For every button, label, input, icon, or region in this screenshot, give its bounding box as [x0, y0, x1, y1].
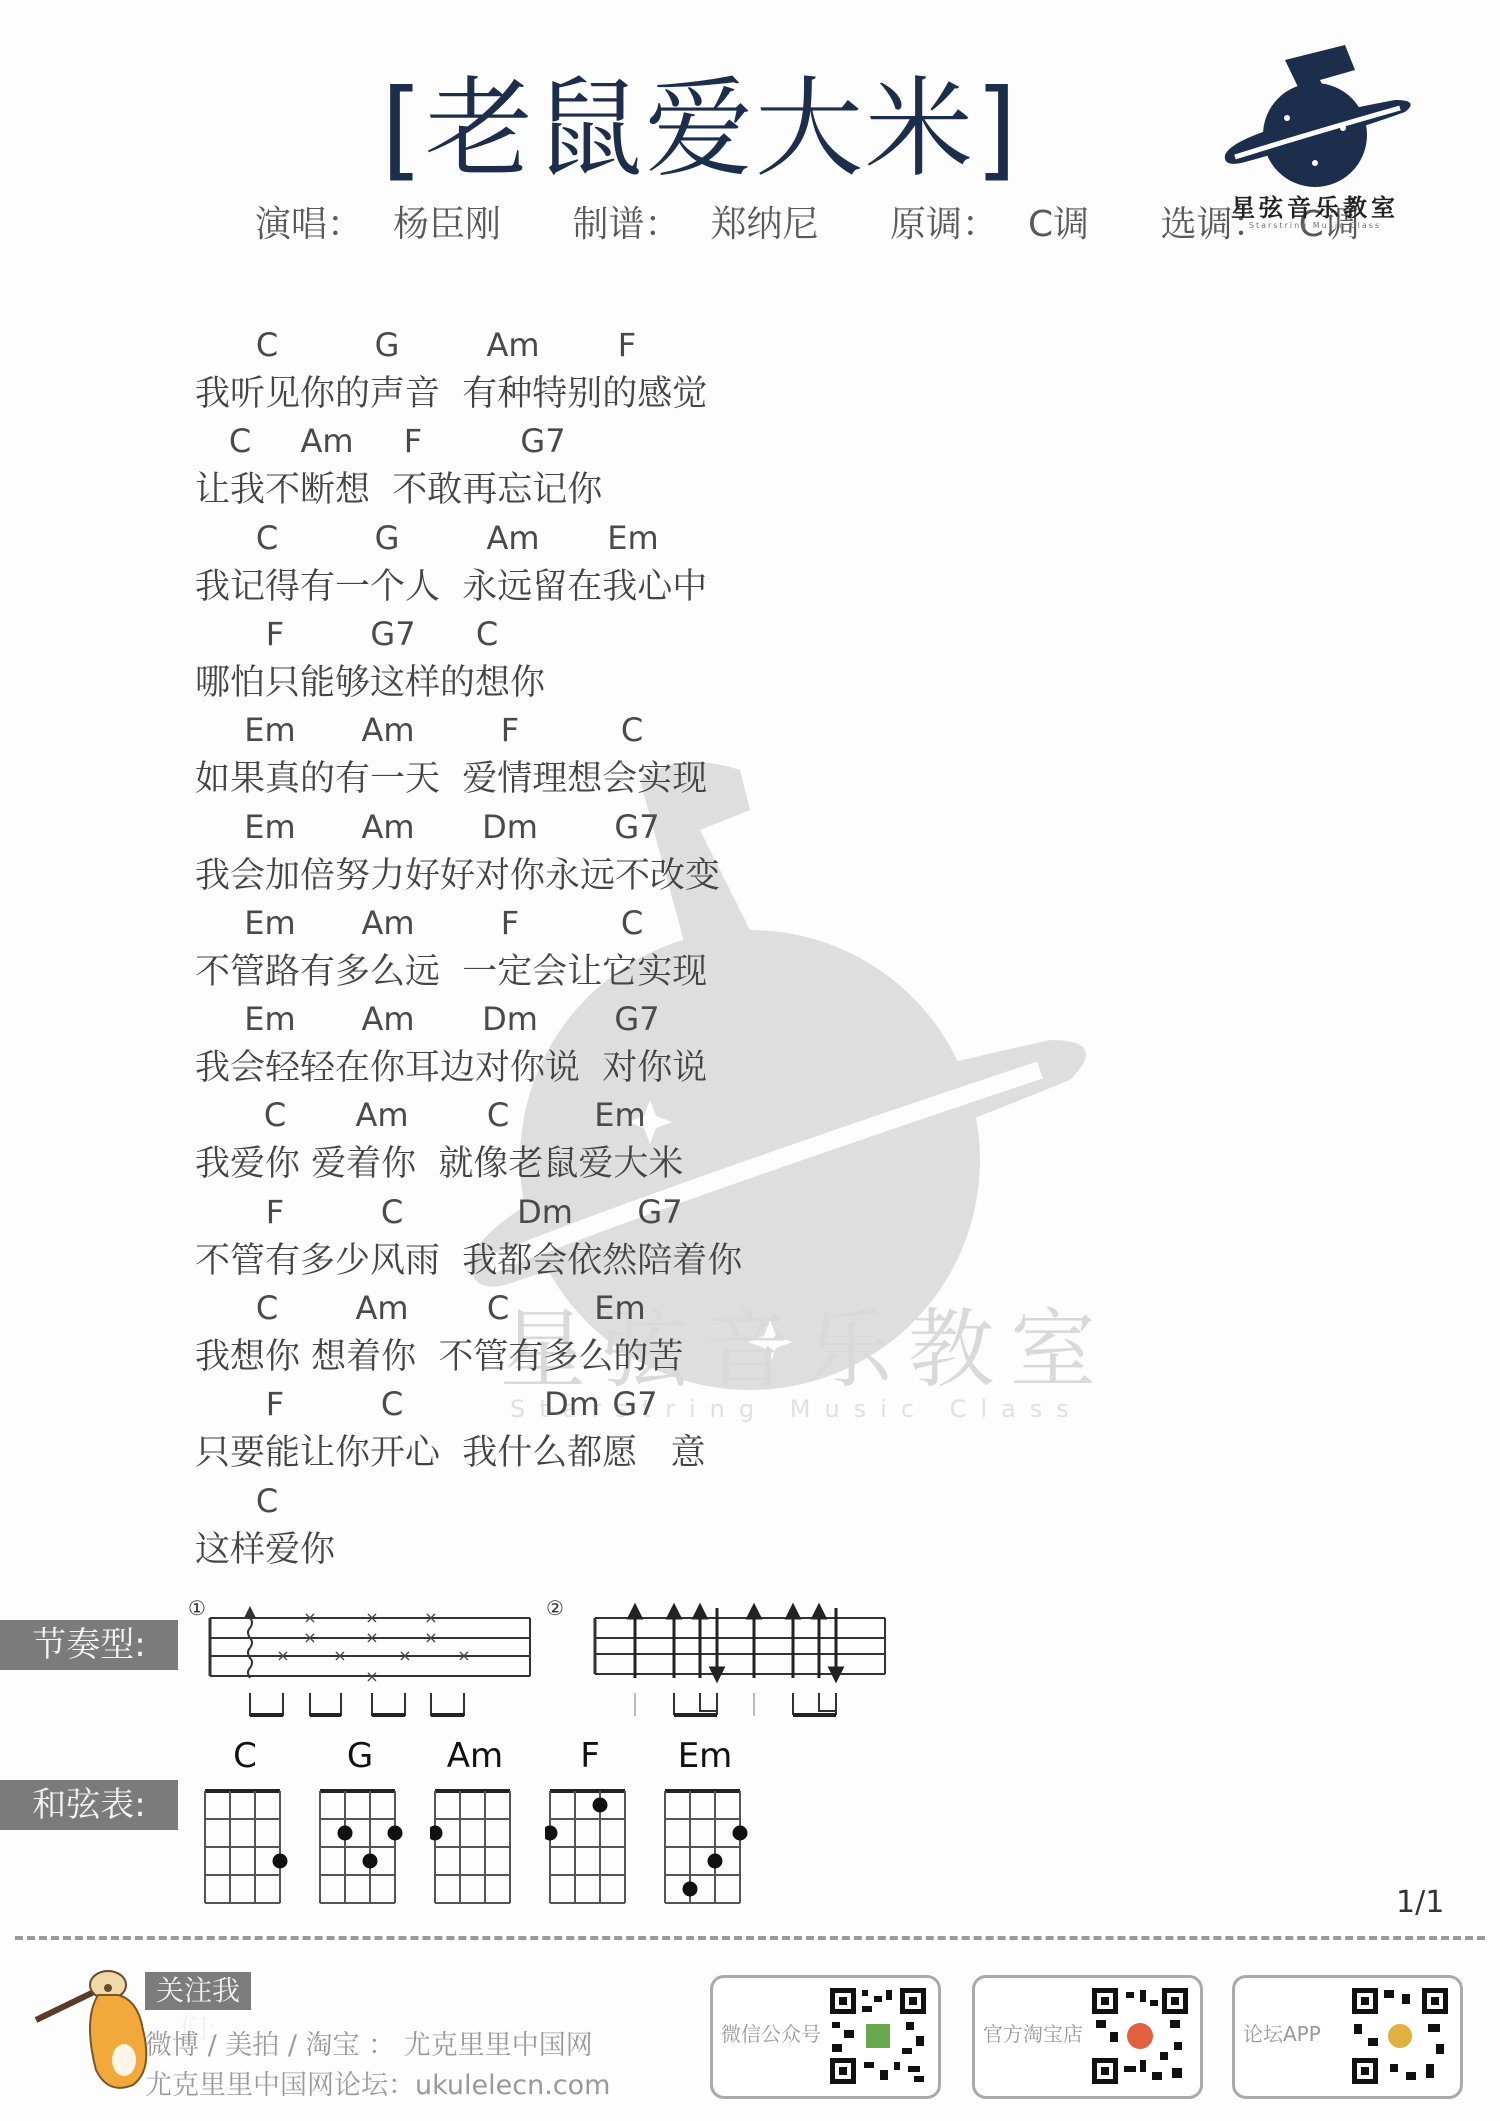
credit-singer: 演唱：杨臣刚	[255, 204, 531, 245]
lyric-line: 我想你 想着你 不管有多么的苦	[195, 1337, 683, 1377]
chord-diagram-name: G	[320, 1736, 400, 1776]
chord-symbol: C	[487, 1290, 509, 1326]
lyric-line: 我记得有一个人 永远留在我心中	[195, 567, 707, 607]
svg-text:×: ×	[365, 1667, 378, 1686]
lyric-line: 不管有多少风雨 我都会依然陪着你	[195, 1241, 742, 1281]
fretboard-grid-icon	[545, 1786, 635, 1916]
svg-text:×: ×	[333, 1646, 346, 1665]
chord-symbol: Am	[355, 1290, 408, 1326]
credit-transcriber: 制谱：郑纳尼	[572, 204, 848, 245]
chord-symbol: G7	[614, 1001, 659, 1037]
song-title: [老鼠爱大米]	[0, 70, 1400, 190]
chord-symbol: Em	[244, 905, 295, 941]
chord-symbol: F	[404, 423, 422, 459]
chord-symbol: Em	[244, 712, 295, 748]
chord-symbol: Dm	[482, 1001, 538, 1037]
chord-symbol: F	[266, 1194, 284, 1230]
chord-symbol: G7	[520, 423, 565, 459]
brand-logo: 星弦音乐教室 Starstring Music Class	[1215, 40, 1415, 245]
chord-diagram-name: Am	[435, 1736, 515, 1776]
social-links-text: 微博 / 美拍 / 淘宝 ： 尤克里里中国网	[145, 2023, 593, 2062]
svg-text:×: ×	[424, 1608, 437, 1627]
qr-card-wechat[interactable]: 微信公众号	[710, 1975, 941, 2099]
fretboard-grid-icon	[200, 1786, 290, 1916]
chord-symbol: F	[618, 327, 636, 363]
chord-symbol: G7	[370, 616, 415, 652]
mascot-hamster-guitar-icon	[28, 1960, 148, 2100]
chord-symbol: G7	[614, 809, 659, 845]
credit-original-key: 原调：C调	[890, 204, 1119, 245]
chord-symbol: C	[256, 520, 278, 556]
lyric-line: 我会加倍努力好好对你永远不改变	[195, 856, 720, 896]
chord-symbol: G	[375, 520, 400, 556]
svg-text:×: ×	[365, 1628, 378, 1647]
lyric-line: 我会轻轻在你耳边对你说 对你说	[195, 1048, 707, 1088]
chord-symbol: C	[256, 1290, 278, 1326]
chord-symbol: Em	[594, 1097, 645, 1133]
lyric-line: 我爱你 爱着你 就像老鼠爱大米	[195, 1144, 683, 1184]
chord-symbol: C	[229, 423, 251, 459]
fretboard-grid-icon	[315, 1786, 405, 1916]
lyric-line: 如果真的有一天 爱情理想会实现	[195, 759, 707, 799]
chord-symbol: F	[266, 616, 284, 652]
rhythm-pattern-1: ×× ××× ×× ××××	[200, 1598, 540, 1728]
svg-text:×: ×	[424, 1628, 437, 1647]
chord-symbol: Am	[361, 905, 414, 941]
qr-label: 微信公众号	[721, 2018, 821, 2047]
chord-symbol: C	[256, 1483, 278, 1519]
lyric-line: 这样爱你	[195, 1530, 335, 1570]
logo-subtitle: Starstring Music Class	[1215, 221, 1415, 230]
svg-text:×: ×	[303, 1608, 316, 1627]
page-number: 1/1	[1396, 1885, 1444, 1920]
chord-symbol: C	[381, 1386, 403, 1422]
lyric-line: 我听见你的声音 有种特别的感觉	[195, 374, 707, 414]
chord-symbol: C	[264, 1097, 286, 1133]
chord-symbol: G	[375, 327, 400, 363]
chord-symbol: Am	[486, 327, 539, 363]
chord-table-label: 和弦表:	[0, 1780, 178, 1830]
chord-symbol: Em	[607, 520, 658, 556]
qr-label: 官方淘宝店	[983, 2018, 1083, 2047]
chord-diagram-name: Em	[665, 1736, 745, 1776]
qr-label: 论坛APP	[1243, 2018, 1321, 2047]
chord-symbol: Em	[594, 1290, 645, 1326]
logo-name: 星弦音乐教室	[1215, 188, 1415, 223]
chord-symbol: C	[487, 1097, 509, 1133]
chord-diagram-name: C	[205, 1736, 285, 1776]
lyric-line: 只要能让你开心 我什么都愿 意	[195, 1433, 706, 1473]
chord-diagram-name: F	[550, 1736, 630, 1776]
chord-symbol: Am	[361, 1001, 414, 1037]
chord-symbol: C	[621, 905, 643, 941]
chord-symbol: Am	[361, 712, 414, 748]
chord-symbol: Dm	[544, 1386, 600, 1422]
chord-symbol: Em	[244, 1001, 295, 1037]
lyric-line: 让我不断想 不敢再忘记你	[195, 470, 602, 510]
chord-symbol: Am	[361, 809, 414, 845]
lyric-line: 哪怕只能够这样的想你	[195, 663, 545, 703]
chord-symbol: G7	[637, 1194, 682, 1230]
chord-symbol: Dm	[482, 809, 538, 845]
lyric-line: 不管路有多么远 一定会让它实现	[195, 952, 707, 992]
chord-symbol: Dm	[517, 1194, 573, 1230]
chord-symbol: C	[621, 712, 643, 748]
qr-code-icon	[1350, 1986, 1450, 2086]
chord-symbol: F	[501, 905, 519, 941]
chord-symbol: F	[266, 1386, 284, 1422]
fretboard-grid-icon	[430, 1786, 520, 1916]
chord-symbol: Am	[300, 423, 353, 459]
rhythm-pattern-2	[590, 1598, 890, 1728]
chord-symbol: Am	[486, 520, 539, 556]
chord-symbol: Am	[355, 1097, 408, 1133]
svg-text:×: ×	[457, 1646, 470, 1665]
chord-symbol: C	[256, 327, 278, 363]
svg-text:×: ×	[276, 1646, 289, 1665]
forum-link[interactable]: 尤克里里中国网论坛：ukulelecn.com	[145, 2063, 610, 2102]
chord-symbol: C	[476, 616, 498, 652]
chord-symbol: C	[381, 1194, 403, 1230]
rhythm-label: 节奏型:	[0, 1620, 178, 1670]
follow-us-label: 关注我们:	[145, 1972, 251, 2010]
footer-divider	[15, 1936, 1485, 1940]
qr-code-icon	[828, 1986, 928, 2086]
planet-note-logo-icon	[1215, 40, 1415, 190]
svg-text:×: ×	[365, 1608, 378, 1627]
qr-card-taobao[interactable]: 官方淘宝店	[972, 1975, 1203, 2099]
qr-code-icon	[1090, 1986, 1190, 2086]
qr-card-forum-app[interactable]: 论坛APP	[1232, 1975, 1463, 2099]
chord-symbol: F	[501, 712, 519, 748]
svg-text:×: ×	[398, 1646, 411, 1665]
svg-text:×: ×	[303, 1628, 316, 1647]
fretboard-grid-icon	[660, 1786, 750, 1916]
pattern-2-number: ②	[546, 1596, 564, 1620]
chord-symbol: G7	[612, 1386, 657, 1422]
chord-symbol: Em	[244, 809, 295, 845]
